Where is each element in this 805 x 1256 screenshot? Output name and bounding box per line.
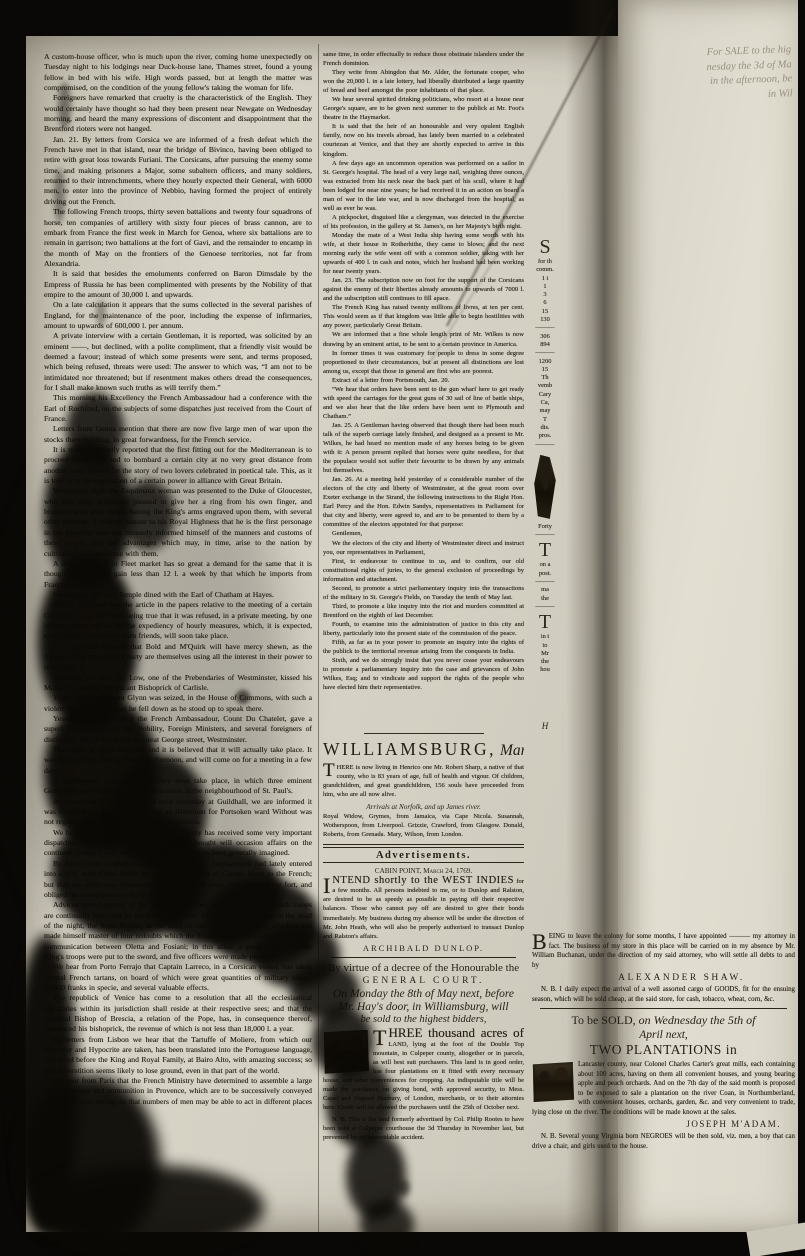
- fragment-line: ––––––: [522, 441, 568, 449]
- news-paragraph: It is said that besides the emoluments c…: [44, 269, 312, 300]
- news-paragraph: Letters from Genoa mention that there ar…: [44, 424, 312, 445]
- news-column-2: same time, in order effectually to reduc…: [323, 50, 524, 1232]
- decree-line-1: By virtue of a decree of the Honourable …: [323, 962, 524, 974]
- news-paragraph: Yesterday the Rev. Dr. Low, one of the P…: [44, 673, 312, 694]
- fragment-line: the: [522, 595, 568, 603]
- fragment-line: 894: [522, 341, 568, 349]
- fragment-line: 1 i: [522, 275, 568, 283]
- news-paragraph: A few days ago an uncommon operation was…: [323, 159, 524, 213]
- news-paragraph: We hear from Berlin that his Prussian Ma…: [44, 828, 312, 859]
- fragment-line: ––––––: [522, 578, 568, 586]
- news-paragraph: Jan. 23. The subscription now on foot fo…: [323, 276, 524, 303]
- news-paragraph: It is generally thought that Bold and M'…: [44, 642, 312, 673]
- news-paragraph: We hear from Paris that the French Minis…: [44, 1076, 312, 1110]
- plantations-nb: N. B. Several young Virginia born NEGROE…: [532, 1132, 795, 1151]
- news-paragraph: By letters from Leghorn we learn that th…: [44, 859, 312, 900]
- dropcap-b: B: [532, 932, 549, 951]
- news-paragraph: We the electors of the city and liberty …: [323, 539, 524, 557]
- cabin-ad-signature: ARCHIBALD DUNLOP.: [323, 943, 524, 953]
- henrico-text: HERE is now living in Henrico one Mr. Ro…: [323, 764, 524, 798]
- news-paragraph: Yesterday his Excellency the French Amba…: [44, 714, 312, 745]
- single-rule: [323, 862, 524, 863]
- double-rule: [323, 844, 524, 848]
- news-paragraph: They write from Abingdon that Mr. Alder,…: [323, 68, 524, 95]
- fragment-line: ––––––: [522, 603, 568, 611]
- fragment-line: for th: [522, 258, 568, 266]
- decree-line-3: On Monday the 8th of May next, before: [323, 988, 524, 1000]
- arrivals-heading: Arrivals at Norfolk, and up James river.: [323, 803, 524, 811]
- fragment-line: dis.: [522, 424, 568, 432]
- news-paragraph: Wednesday night the Esquimaux woman was …: [44, 486, 312, 558]
- to-be-sold-label: To be SOLD,: [571, 1013, 635, 1027]
- news-paragraph: We are informed that the article in the …: [44, 600, 312, 641]
- fragment-line: may: [522, 407, 568, 415]
- shaw-ad-body: EING to leave the colony for some months…: [532, 933, 795, 969]
- news-paragraph: In former times it was customary for peo…: [323, 349, 524, 376]
- fragment-line: pros.: [522, 432, 568, 440]
- williamsburg-dateline: WILLIAMSBURG, March 30.: [323, 739, 524, 760]
- fragment-line: Forty: [522, 523, 568, 531]
- fragment-line: the: [522, 658, 568, 666]
- fragment-line: T: [522, 416, 568, 424]
- news-paragraph: “We hear that orders have been sent to t…: [323, 385, 524, 421]
- news-paragraph: A custom-house officer, who is much upon…: [44, 52, 312, 93]
- fragment-line: 1: [522, 283, 568, 291]
- fragment-line: 130: [522, 316, 568, 324]
- news-paragraph: Foreigners have remarked that cruelty is…: [44, 93, 312, 134]
- ad-divider-rule-2: [540, 1008, 787, 1009]
- fragment-line: 6: [522, 299, 568, 307]
- news-paragraph: First, to endeavour to continue to us, a…: [323, 557, 524, 584]
- advertisements-header: Advertisements.: [323, 850, 524, 861]
- news-paragraph: Fourth, to examine into the administrati…: [323, 620, 524, 638]
- decree-line-4: Mr. Hay's door, in Williamsburg, will: [323, 1001, 524, 1013]
- ad-divider-rule: [331, 957, 516, 958]
- to-be-sold-date: on Wednesday the 5th of: [636, 1013, 756, 1027]
- fragment-line: 3: [522, 291, 568, 299]
- news-paragraph: A nomination, it is said, will very soon…: [44, 776, 312, 797]
- fragment-list-4: in ttoMrthehou: [522, 633, 568, 674]
- news-paragraph: Yesterday Mr. Serjeant Glynn was seized,…: [44, 693, 312, 714]
- news-paragraph: By letters from Lisbon we hear that the …: [44, 1035, 312, 1076]
- cabin-ad-lead: NTEND shortly to the WEST INDIES: [332, 875, 514, 886]
- news-paragraph: A private interview with a certain Gentl…: [44, 331, 312, 393]
- news-paragraph: The following French troops, thirty seve…: [44, 207, 312, 269]
- news-paragraph: At a court of Common Council held yester…: [44, 797, 312, 828]
- news-paragraph: Jan. 25. A Gentleman having observed tha…: [323, 421, 524, 475]
- news-paragraph: On a late calculation it appears that th…: [44, 300, 312, 331]
- fragment-line: ––––––: [522, 324, 568, 332]
- london-news-section: same time, in order effectually to reduc…: [323, 50, 524, 726]
- column-divider-rule: [318, 44, 319, 1232]
- fragment-list-2: Forty––––––: [522, 523, 568, 540]
- fragment-list-3: on apost.––––––mathe––––––: [522, 561, 568, 611]
- news-paragraph: The report is again renewed, and it is b…: [44, 745, 312, 776]
- fragment-line: in t: [522, 633, 568, 641]
- fragment-dropcap-s: S: [522, 238, 568, 257]
- to-be-sold-heading: To be SOLD, on Wednesday the 5th of: [532, 1013, 795, 1028]
- news-paragraph: Jan. 21. By letters from Corsica we are …: [44, 135, 312, 207]
- news-paragraph: A dealer in snuff in Fleet market has so…: [44, 559, 312, 590]
- shaw-signature: ALEXANDER SHAW.: [568, 973, 795, 983]
- fragment-line: vemb: [522, 382, 568, 390]
- land-sale-ad: THREE thousand acres of LAND, lying at t…: [323, 1028, 524, 1143]
- april-next-line: April next,: [532, 1029, 795, 1041]
- section-rule: [364, 733, 484, 734]
- williamsburg-date: March 30.: [500, 742, 524, 759]
- shaw-ad-text: BEING to leave the colony for some month…: [532, 932, 795, 970]
- fragment-dropcap-t2: T: [522, 613, 568, 632]
- for-sale-fragment: For SALE to the hignesday the 3d of Main…: [629, 43, 793, 107]
- news-paragraph: It is said that the heir of an honourabl…: [323, 122, 524, 158]
- fragment-line: post.: [522, 570, 568, 578]
- cabin-point-ad: INTEND shortly to the WEST INDIES for a …: [323, 876, 524, 940]
- fragment-line: Mr: [522, 650, 568, 658]
- williamsburg-city-title: WILLIAMSBURG,: [323, 739, 496, 759]
- news-paragraph: The republick of Venice has come to a re…: [44, 993, 312, 1034]
- land-ad-lead: HREE thousand acres of: [388, 1025, 524, 1040]
- fragment-dropcap-t: T: [522, 541, 568, 560]
- news-paragraph: Jan. 26. At a meeting held yesterday of …: [323, 475, 524, 529]
- fragment-line: 306: [522, 333, 568, 341]
- news-paragraph: This morning his Excellency the French A…: [44, 393, 312, 424]
- news-paragraph: Wednesday last Earl Temple dined with th…: [44, 590, 312, 600]
- fragment-line: hou: [522, 666, 568, 674]
- dropcap-t: T: [323, 763, 337, 780]
- fragment-line: to: [522, 642, 568, 650]
- fragment-line: ma: [522, 586, 568, 594]
- fragment-line: ––––––: [522, 349, 568, 357]
- fragment-line: Cary: [522, 391, 568, 399]
- mcadam-signature: JOSEPH M'ADAM.: [532, 1119, 781, 1129]
- henrico-news-item: THERE is now living in Henrico one Mr. R…: [323, 763, 524, 799]
- fragment-line: on a: [522, 561, 568, 569]
- news-paragraph: We are informed that a fine whole length…: [323, 330, 524, 348]
- news-paragraph: A pickpocket, disguised like a clergyman…: [323, 213, 524, 231]
- fragment-line: Th: [522, 374, 568, 382]
- fragment-italic-h: H: [522, 721, 568, 731]
- plantations-ad: Lancaster county, near Colonel Charles C…: [532, 1060, 795, 1117]
- fragment-line: 15: [522, 308, 568, 316]
- plantation-woodcut-2: [532, 1062, 574, 1102]
- shaw-nb: N. B. I daily expect the arrival of a we…: [532, 985, 795, 1004]
- dropcap-t2: T: [373, 1028, 388, 1047]
- news-column-1: A custom-house officer, who is much upon…: [44, 52, 312, 1110]
- plantation-house-woodcut: [323, 1030, 369, 1074]
- fragment-line: Ca,: [522, 399, 568, 407]
- news-paragraph: same time, in order effectually to reduc…: [323, 50, 524, 68]
- decree-line-5: be sold to the highest bidders,: [323, 1014, 524, 1025]
- news-paragraph: Sixth, and we do strongly insist that yo…: [323, 656, 524, 692]
- general-court-decree-heading: By virtue of a decree of the Honourable …: [323, 962, 524, 1025]
- news-paragraph: We hear from Porto Ferrajo that Captain …: [44, 962, 312, 993]
- news-paragraph: Second, to promote a strict parliamentar…: [323, 584, 524, 602]
- news-paragraph: Monday the mate of a West India ship hav…: [323, 231, 524, 276]
- folded-column-fragments: S for thcomm.1 i13615130––––––306894––––…: [522, 236, 568, 856]
- bottom-right-ads: BEING to leave the colony for some month…: [532, 932, 795, 1232]
- news-paragraph: It is now confidently reported that the …: [44, 445, 312, 486]
- news-paragraph: Fifth, as far as in your power to promot…: [323, 638, 524, 656]
- news-paragraph: Third, to promote a like inquiry into th…: [323, 602, 524, 620]
- fragment-line: 1200: [522, 358, 568, 366]
- dropcap-i: I: [323, 876, 332, 895]
- news-paragraph: The French King has raised twenty millio…: [323, 303, 524, 330]
- news-paragraph: Extract of a letter from Portsmouth, Jan…: [323, 376, 524, 385]
- cabin-ad-body: for a few months. All persons indebted t…: [323, 878, 524, 939]
- news-paragraph: We hear several spirited drinking politi…: [323, 95, 524, 122]
- two-plantations-heading: TWO PLANTATIONS in: [532, 1042, 795, 1058]
- arrivals-list: Royal Widow, Grymes, from Jamaica, via C…: [323, 812, 524, 839]
- runaway-figure-woodcut: [533, 455, 557, 519]
- fragment-line: 15: [522, 366, 568, 374]
- fragment-line: ––––––: [522, 531, 568, 539]
- decree-line-2: GENERAL COURT.: [323, 976, 524, 986]
- scanned-newspaper-page: A custom-house officer, who is much upon…: [0, 0, 805, 1256]
- fragment-line: comm.: [522, 266, 568, 274]
- land-ad-nb: N. B. This is the land formerly advertis…: [323, 1115, 524, 1142]
- news-paragraph: Advices from Leghorn, of the 27th of Dec…: [44, 900, 312, 962]
- news-paragraph: Gentlemen,: [323, 529, 524, 538]
- fragment-number-list: for thcomm.1 i13615130––––––306894––––––…: [522, 258, 568, 449]
